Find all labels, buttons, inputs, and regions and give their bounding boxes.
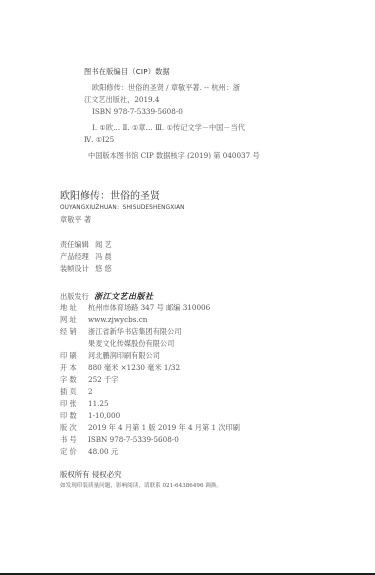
pub-row-label: 书 号: [60, 435, 88, 445]
staff-name: 冯 晨: [95, 252, 112, 261]
pub-row-value: 2: [88, 387, 93, 396]
staff-role: 产品经理: [60, 252, 89, 261]
pub-row-label: 印 刷: [60, 351, 88, 361]
pub-row-label: 地 址: [60, 303, 88, 313]
pub-row-value: 河北鹏润印刷有限公司: [88, 351, 160, 360]
pub-row-price: 定 价48.00 元: [60, 447, 118, 457]
cip-classification-line-2: Ⅳ. ①I25: [84, 135, 114, 145]
pub-row-label: 定 价: [60, 447, 88, 457]
staff-name: 悠 悠: [95, 264, 112, 273]
book-title-pinyin: OUYANGXIUZHUAN：SHISUDESHENGXIAN: [60, 204, 185, 212]
publisher-logo: 浙江文艺出版社: [94, 291, 154, 301]
pub-row-value: 880 毫米 ×1230 毫米 1/32: [88, 363, 180, 372]
pub-row-value: 2019 年 4 月第 1 版 2019 年 4 月第 1 次印刷: [88, 423, 240, 432]
staff-designer: 装帧设计 悠 悠: [60, 264, 112, 274]
pub-row-value: 252 千字: [88, 375, 118, 384]
quality-notice: 如发现印装质量问题，影响阅读，请联系 021-64386496 调换。: [60, 481, 222, 491]
pub-row-print-run: 印 数1-10,000: [60, 411, 120, 421]
staff-role: 责任编辑: [60, 240, 89, 249]
pub-row-value: 48.00 元: [88, 447, 118, 456]
pub-row-label: 版 次: [60, 423, 88, 433]
pub-row-address: 地 址杭州市体育场路 347 号 邮编 310006: [60, 303, 210, 313]
pub-row-distributor: 经 销浙江省新华书店集团有限公司: [60, 327, 181, 337]
staff-editor: 责任编辑 闻 艺: [60, 240, 112, 250]
staff-product-manager: 产品经理 冯 晨: [60, 252, 112, 262]
cip-isbn: ISBN 978-7-5339-5608-0: [92, 107, 183, 117]
pub-row-label: 经 销: [60, 327, 88, 337]
pub-row-format: 开 本880 毫米 ×1230 毫米 1/32: [60, 363, 180, 373]
pub-row-value: 果麦文化传媒股份有限公司: [88, 339, 174, 348]
staff-name: 闻 艺: [95, 240, 112, 249]
pub-row-isbn: 书 号ISBN 978-7-5339-5608-0: [60, 435, 179, 445]
pub-row-distributor-2: 果麦文化传媒股份有限公司: [60, 339, 174, 349]
pub-row-value: 1-10,000: [88, 411, 120, 420]
rights-statement: 版权所有 侵权必究: [60, 470, 121, 480]
pub-row-value: 浙江省新华书店集团有限公司: [88, 327, 181, 336]
pub-row-label: 字 数: [60, 375, 88, 385]
publisher-row: 出版发行 浙江文艺出版社: [60, 291, 154, 302]
staff-role: 装帧设计: [60, 264, 89, 273]
pub-row-label: 插 页: [60, 387, 88, 397]
copyright-page: 图书在版编目（CIP）数据 欧阳修传：世俗的圣贤 / 章敬平著. -- 杭州：浙…: [0, 0, 375, 573]
pub-row-sheets: 印 张11.25: [60, 399, 109, 409]
pub-row-label: 印 张: [60, 399, 88, 409]
publisher-label: 出版发行: [60, 292, 89, 301]
cip-entry-line-1: 欧阳修传：世俗的圣贤 / 章敬平著. -- 杭州：浙: [92, 83, 240, 93]
pub-row-label: 网 址: [60, 315, 88, 325]
book-author: 章敬平 著: [60, 215, 91, 225]
pub-row-edition: 版 次2019 年 4 月第 1 版 2019 年 4 月第 1 次印刷: [60, 423, 240, 433]
cip-entry-line-2: 江文艺出版社，2019.4: [84, 95, 159, 105]
pub-row-label: 开 本: [60, 363, 88, 373]
pub-row-value: 杭州市体育场路 347 号 邮编 310006: [88, 303, 210, 312]
pub-row-website: 网 址www.zjwycbs.cn: [60, 315, 147, 325]
pub-row-value: www.zjwycbs.cn: [88, 315, 147, 324]
pub-row-inserts: 插 页2: [60, 387, 93, 397]
pub-row-printer: 印 刷河北鹏润印刷有限公司: [60, 351, 160, 361]
book-title: 欧阳修传：世俗的圣贤: [60, 190, 160, 203]
pub-row-value: 11.25: [88, 399, 109, 408]
pub-row-label: 印 数: [60, 411, 88, 421]
pub-row-word-count: 字 数252 千字: [60, 375, 118, 385]
cip-heading: 图书在版编目（CIP）数据: [84, 67, 170, 77]
pub-row-value: ISBN 978-7-5339-5608-0: [88, 435, 179, 444]
cip-library-record: 中国版本图书馆 CIP 数据核字 (2019) 第 040037 号: [88, 151, 260, 161]
cip-classification-line-1: Ⅰ. ①欧… Ⅱ. ①章… Ⅲ. ①传记文学－中国－当代: [92, 123, 245, 133]
